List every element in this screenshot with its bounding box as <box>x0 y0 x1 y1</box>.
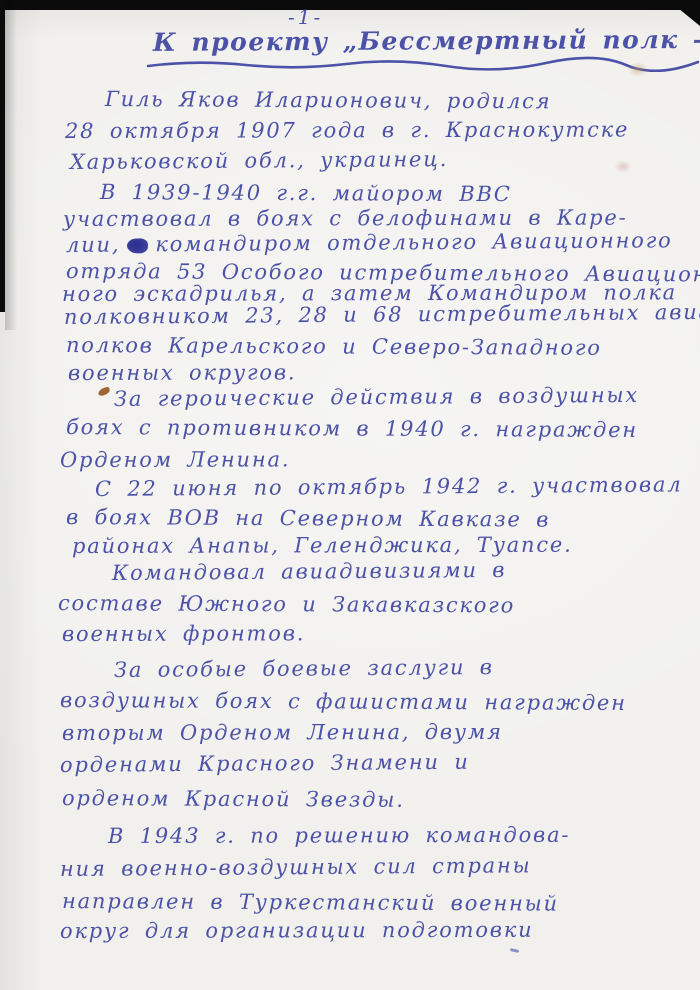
handwritten-line: районах Анапы, Геленджика, Туапсе. <box>72 532 573 559</box>
handwritten-line: орденом Красной Звезды. <box>62 785 405 813</box>
handwritten-line: За особые боевые заслуги в <box>114 654 494 683</box>
handwritten-line: воздушных боях с фашистами награжден <box>60 687 627 716</box>
handwritten-line: боях с противником в 1940 г. награжден <box>66 414 638 443</box>
stain-faint-top-right <box>628 62 648 77</box>
handwritten-line: В 1939-1940 г.г. майором ВВС <box>100 179 512 207</box>
handwritten-line: составе Южного и Закавказского <box>58 590 515 618</box>
handwritten-line: военных фронтов. <box>62 620 305 647</box>
handwritten-line: военных округов. <box>68 359 296 386</box>
handwritten-line: направлен в Туркестанский военный <box>62 888 559 917</box>
handwritten-line: ния военно-воздушных сил страны <box>60 852 532 882</box>
stain-faint-right <box>614 160 632 173</box>
handwritten-line: Харьковской обл., украинец. <box>70 146 448 175</box>
handwriting-block: Гиль Яков Иларионович, родился 28 октябр… <box>0 0 700 990</box>
scanned-page: -1- К проекту „Бессмертный полк – Москва… <box>0 0 700 990</box>
handwritten-line: В 1943 г. по решению командова- <box>108 822 570 849</box>
handwritten-line: полковником 23, 28 и 68 истребительных а… <box>64 299 700 330</box>
handwritten-line: 28 октября 1907 года в г. Краснокутске <box>65 117 629 144</box>
handwritten-line: округ для организации подготовки <box>60 917 534 944</box>
handwritten-line: За героические действия в воздушных <box>114 382 639 412</box>
handwritten-line: С 22 июня по октябрь 1942 г. участвовал <box>95 471 683 502</box>
handwritten-line: вторым Орденом Ленина, двумя <box>62 719 503 746</box>
handwritten-line: лии,командиром отдельного Авиационного <box>66 227 673 258</box>
handwritten-line: Орденом Ленина. <box>60 446 290 473</box>
ink-blot <box>127 238 148 253</box>
handwritten-line: Гиль Яков Иларионович, родился <box>105 86 552 114</box>
handwritten-line: полков Карельского и Северо-Западного <box>66 332 602 361</box>
handwritten-line: Командовал авиадивизиями в <box>112 557 506 586</box>
handwritten-line: в боях ВОВ на Северном Кавказе в <box>66 504 550 533</box>
line-text-before-blot: лии, <box>66 233 120 257</box>
line-text-after-blot: командиром отдельного Авиационного <box>155 228 672 256</box>
handwritten-line: орденами Красного Знамени и <box>60 749 470 778</box>
